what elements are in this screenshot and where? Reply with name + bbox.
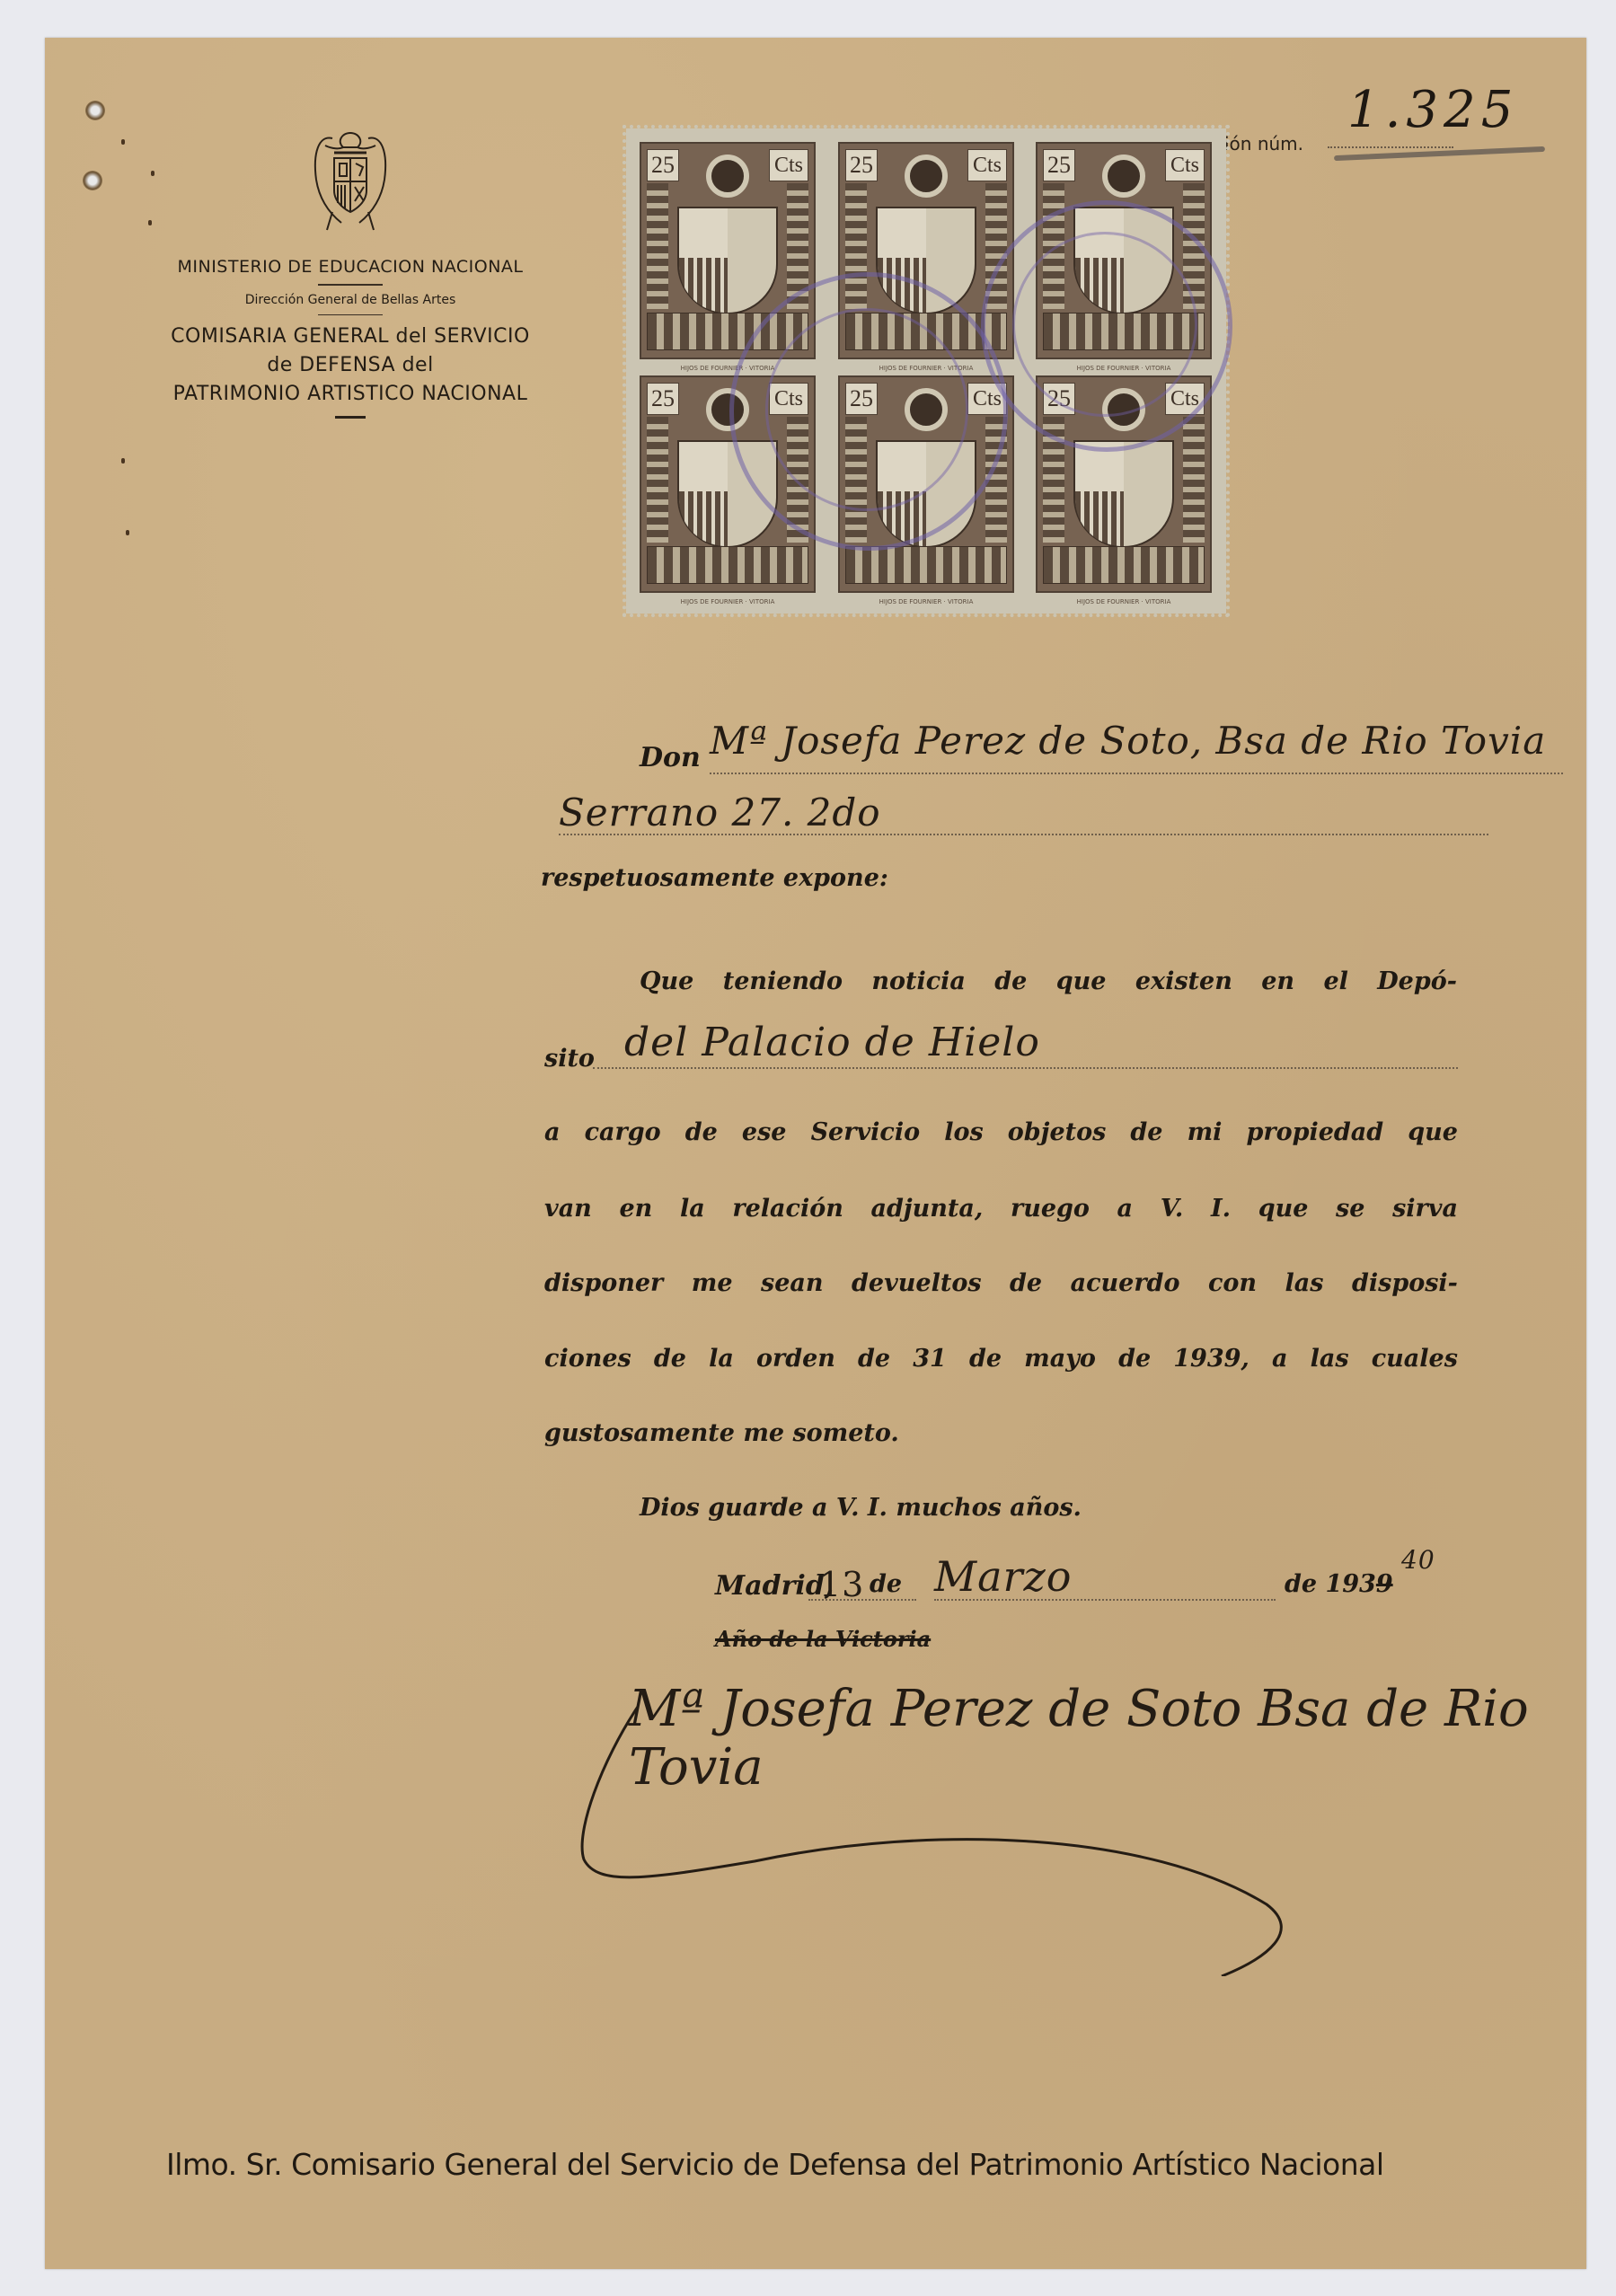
postmark-stamp bbox=[765, 308, 968, 511]
body-line-3: acargodeeseServiciolosobjetosdemipropied… bbox=[544, 1118, 1458, 1146]
dotted-line bbox=[808, 1599, 916, 1601]
stamp-printer: HIJOS DE FOURNIER · VITORIA bbox=[840, 598, 1012, 605]
divider bbox=[318, 284, 383, 286]
revenue-stamp-block: 25 Cts HIJOS DE FOURNIER · VITORIA 25 Ct… bbox=[626, 128, 1226, 614]
direction-name: Dirección General de Bellas Artes bbox=[117, 293, 584, 307]
don-label: Don bbox=[640, 742, 701, 773]
paper-speck bbox=[126, 530, 129, 535]
registry-dotted-line bbox=[1328, 146, 1453, 148]
commission-line-2: de DEFENSA del bbox=[117, 351, 584, 380]
body-line-6: cionesdelaordende31demayode1939,alascual… bbox=[544, 1345, 1458, 1373]
struck-year-digit: 9 bbox=[1376, 1570, 1393, 1598]
date-city: Madrid, bbox=[715, 1570, 834, 1602]
struck-phrase: Año de la Victoria bbox=[715, 1626, 931, 1652]
stamp-printer: HIJOS DE FOURNIER · VITORIA bbox=[641, 598, 814, 605]
stamp-unit: Cts bbox=[1165, 149, 1205, 181]
date-de-year: de 1939 bbox=[1285, 1570, 1393, 1598]
petitioner-address: Serrano 27. 2do bbox=[559, 790, 881, 835]
eagle-icon bbox=[706, 155, 749, 198]
stamp-unit: Cts bbox=[967, 149, 1007, 181]
date-month: Marzo bbox=[934, 1552, 1072, 1601]
petitioner-name: Mª Josefa Perez de Soto, Bsa de Rio Tovi… bbox=[710, 719, 1546, 763]
stamp-printer: HIJOS DE FOURNIER · VITORIA bbox=[1038, 598, 1210, 605]
dotted-line bbox=[593, 1067, 1458, 1069]
eagle-icon bbox=[905, 155, 948, 198]
ministry-name: MINISTERIO DE EDUCACION NACIONAL bbox=[117, 257, 584, 277]
deposit-location: del Palacio de Hielo bbox=[624, 1020, 1040, 1065]
punch-hole bbox=[83, 171, 102, 190]
sito-label: sito bbox=[544, 1045, 595, 1073]
stamp-value: 25 bbox=[845, 149, 878, 181]
eagle-icon bbox=[1102, 155, 1145, 198]
shield-icon bbox=[1073, 440, 1174, 548]
signature-flourish bbox=[575, 1671, 1401, 1976]
body-line-5: disponermeseandevueltosdeacuerdoconlasdi… bbox=[544, 1269, 1458, 1297]
divider bbox=[335, 416, 366, 419]
shield-icon bbox=[677, 207, 778, 314]
letterhead: MINISTERIO DE EDUCACION NACIONAL Direcci… bbox=[117, 126, 584, 419]
date-de: de bbox=[870, 1570, 902, 1598]
punch-hole bbox=[85, 101, 105, 120]
registry-number: 1.325 bbox=[1347, 81, 1518, 139]
dotted-line bbox=[934, 1599, 1276, 1601]
dotted-line bbox=[559, 834, 1488, 835]
stamp-unit: Cts bbox=[769, 149, 808, 181]
expone-heading: respetuosamente expone: bbox=[541, 864, 888, 892]
commission-line-3: PATRIMONIO ARTISTICO NACIONAL bbox=[117, 380, 584, 409]
body-line-7: gustosamente me someto. bbox=[544, 1419, 899, 1447]
body-line-4: vanenlarelaciónadjunta,ruegoaV.I.quesesi… bbox=[544, 1195, 1458, 1223]
commission-line-1: COMISARIA GENERAL del SERVICIO bbox=[117, 322, 584, 351]
closing-line: Dios guarde a V. I. muchos años. bbox=[640, 1494, 1082, 1522]
stamp-value: 25 bbox=[1043, 149, 1075, 181]
postmark-stamp bbox=[1012, 232, 1197, 417]
dotted-line bbox=[710, 773, 1563, 774]
addressee-footer: Ilmo. Sr. Comisario General del Servicio… bbox=[166, 2147, 1384, 2182]
stamp-value: 25 bbox=[647, 383, 679, 415]
divider bbox=[318, 314, 383, 316]
coat-of-arms-icon bbox=[305, 126, 395, 234]
stamp-value: 25 bbox=[647, 149, 679, 181]
year-correction: 40 bbox=[1401, 1545, 1435, 1575]
body-line-1: QueteniendonoticiadequeexistenenelDepó- bbox=[640, 967, 1457, 995]
paper-speck bbox=[121, 458, 125, 464]
